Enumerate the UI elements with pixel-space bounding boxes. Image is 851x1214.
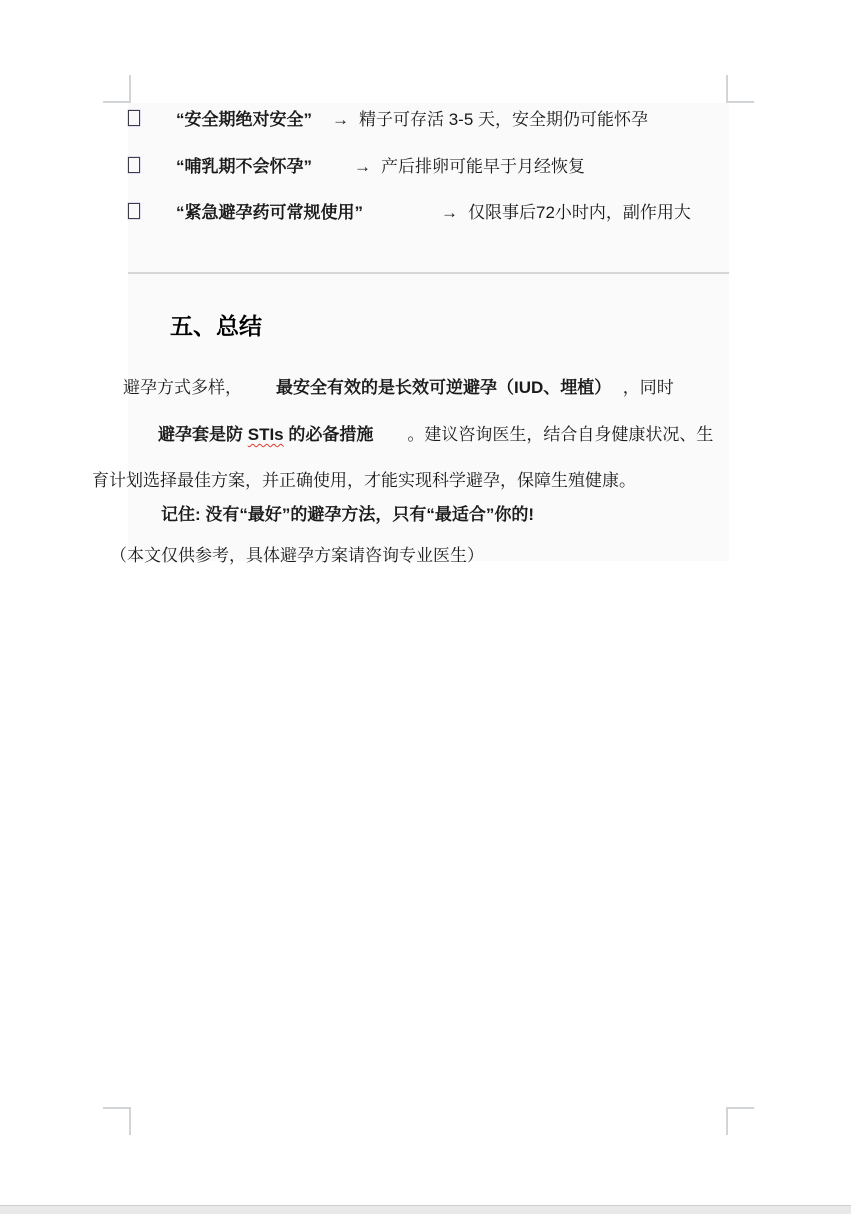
reminder-line[interactable]: 记住: 没有“最好”的避孕方法，只有“最适合”你的!	[161, 503, 534, 527]
missing-glyph-bullet-icon	[128, 157, 140, 173]
summary-bold-text: 最安全有效的是长效可逆避孕（IUD、埋植）	[276, 378, 603, 397]
myth-text: “紧急避孕药可常规使用”	[176, 203, 363, 222]
disclaimer-line[interactable]: （本文仅供参考，具体避孕方案请咨询专业医生）	[110, 544, 484, 568]
section-divider-line	[128, 272, 729, 274]
margin-crop-mark-bottom-right	[726, 1107, 754, 1135]
missing-glyph-bullet-icon	[128, 203, 140, 219]
myth-list-item[interactable]: “安全期绝对安全”→精子可存活 3-5 天，安全期仍可能怀孕	[128, 108, 648, 132]
fact-text: 仅限事后72小时内，副作用大	[468, 203, 691, 222]
myth-text: “哺乳期不会怀孕”	[176, 157, 312, 176]
summary-bold-text: 避孕套是防	[158, 425, 248, 444]
margin-crop-mark-bottom-left	[103, 1107, 131, 1135]
summary-text: 。建议咨询医生，结合自身健康状况、生	[407, 425, 713, 444]
word-processor-viewport: “安全期绝对安全”→精子可存活 3-5 天，安全期仍可能怀孕 “哺乳期不会怀孕”…	[0, 0, 851, 1214]
margin-crop-mark-top-left	[103, 75, 131, 103]
summary-text: 避孕方式多样，	[123, 378, 242, 397]
margin-crop-mark-top-right	[726, 75, 754, 103]
spellcheck-flagged-word[interactable]: STIs	[248, 425, 284, 444]
fact-text: 产后排卵可能早于月经恢复	[381, 157, 585, 176]
arrow-icon: →	[354, 157, 371, 176]
myth-list-item[interactable]: “哺乳期不会怀孕”→产后排卵可能早于月经恢复	[128, 155, 585, 179]
section-heading: 五、总结	[170, 310, 262, 342]
fact-text: 精子可存活 3-5 天，安全期仍可能怀孕	[359, 110, 648, 129]
arrow-icon: →	[441, 203, 458, 222]
myth-text: “安全期绝对安全”	[176, 110, 312, 129]
summary-paragraph-line-1[interactable]: 避孕方式多样，最安全有效的是长效可逆避孕（IUD、埋植），同时	[123, 376, 674, 400]
summary-paragraph-line-3[interactable]: 育计划选择最佳方案，并正确使用，才能实现科学避孕，保障生殖健康。	[92, 469, 636, 493]
missing-glyph-bullet-icon	[128, 110, 140, 126]
summary-paragraph-line-2[interactable]: 避孕套是防 STIs 的必备措施。建议咨询医生，结合自身健康状况、生	[158, 423, 713, 447]
summary-bold-text: 的必备措施	[284, 425, 374, 444]
arrow-icon: →	[332, 110, 349, 129]
window-bottom-edge-bar	[0, 1205, 851, 1214]
summary-text: ，同时	[623, 378, 674, 397]
myth-list-item[interactable]: “紧急避孕药可常规使用”→仅限事后72小时内，副作用大	[128, 201, 691, 225]
